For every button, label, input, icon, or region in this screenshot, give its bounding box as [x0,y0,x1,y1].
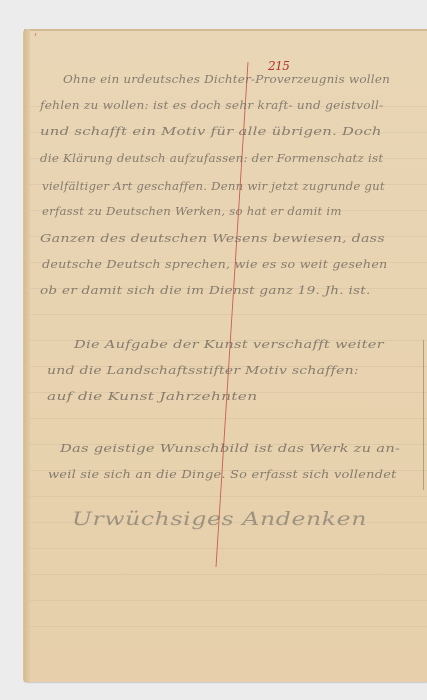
text-line: Das geistige Wunschbild ist das Werk zu … [60,442,400,455]
ruled-lines [30,81,427,642]
page-crease [423,340,424,490]
text-line: die Klärung deutsch aufzufassen: der For… [40,152,383,165]
text-line: ob er damit sich die im Dienst ganz 19. … [40,284,371,297]
text-line: deutsche Deutsch sprechen, wie es so wei… [42,258,387,271]
text-line: und schafft ein Motiv für alle übrigen. … [40,125,382,138]
text-line: Die Aufgabe der Kunst verschafft weiter [74,338,384,351]
text-line: fehlen zu wollen: ist es doch sehr kraft… [40,99,383,112]
text-line: erfasst zu Deutschen Werken, so hat er d… [42,205,342,218]
text-line: und die Landschaftsstifter Motiv schaffe… [47,364,359,377]
text-line: vielfältiger Art geschaffen. Denn wir je… [42,180,385,193]
large-handwritten-line: Urwüchsiges Andenken [72,508,367,530]
scanned-page-viewer: 215 Ohne ein urdeutsches Dichter-Proverz… [0,0,427,700]
text-line: weil sie sich an die Dinge. So erfasst s… [48,468,397,481]
text-line: Ohne ein urdeutsches Dichter-Proverzeugn… [63,73,390,86]
page-top-edge [24,29,427,31]
page-number: 215 [268,59,289,73]
text-line: auf die Kunst Jahrzehnten [47,390,257,403]
text-line: Ganzen des deutschen Wesens bewiesen, da… [40,232,385,245]
